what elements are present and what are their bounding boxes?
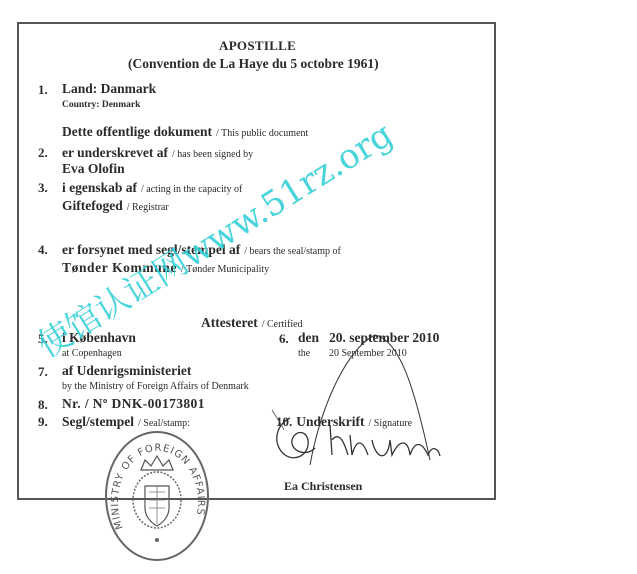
- item-3-english: / acting in the capacity of: [141, 184, 242, 195]
- item-5-number: 5.: [38, 331, 48, 347]
- seal-authority-english: / Tønder Municipality: [181, 264, 269, 275]
- item-9-number: 9.: [38, 414, 48, 430]
- item-1-danish: Land: Danmark: [62, 81, 156, 97]
- capacity-english: / Registrar: [127, 202, 169, 213]
- place-danish: i København: [62, 330, 136, 346]
- item-2-english: / has been signed by: [172, 149, 253, 160]
- handwritten-signature: [250, 330, 450, 475]
- apostille-number: Nr. / Nº DNK-00173801: [62, 396, 205, 412]
- public-document-line: Dette offentlige dokument / This public …: [62, 123, 308, 141]
- ministry-seal-stamp: MINISTRY OF FOREIGN AFFAIRS: [103, 428, 211, 564]
- item-4-danish: er forsynet med segl/stempel af: [62, 242, 240, 257]
- certified-danish: Attesteret: [201, 315, 258, 330]
- item-1-number: 1.: [38, 82, 48, 98]
- authority-danish: af Udenrigsministeriet: [62, 363, 191, 379]
- capacity-line: Giftefoged / Registrar: [62, 197, 169, 215]
- item-4-number: 4.: [38, 242, 48, 258]
- svg-text:MINISTRY OF FOREIGN AFFAIRS: MINISTRY OF FOREIGN AFFAIRS: [110, 443, 206, 531]
- seal-authority-line: Tønder Kommune / Tønder Municipality: [62, 259, 269, 277]
- signatory-name: Ea Christensen: [284, 479, 362, 494]
- item-2-danish: er underskrevet af: [62, 145, 168, 160]
- item-3-danish: i egenskab af: [62, 180, 137, 195]
- public-document-danish: Dette offentlige dokument: [62, 124, 212, 139]
- document-subtitle: (Convention de La Haye du 5 octobre 1961…: [128, 56, 379, 72]
- authority-english: by the Ministry of Foreign Affairs of De…: [62, 381, 249, 392]
- certified-english: / Certified: [262, 319, 303, 330]
- seal-label-danish: Segl/stempel: [62, 414, 134, 429]
- item-2-number: 2.: [38, 145, 48, 161]
- item-3-number: 3.: [38, 180, 48, 196]
- seal-authority-danish: Tønder Kommune: [62, 260, 177, 275]
- signed-by-name: Eva Olofin: [62, 161, 125, 177]
- document-title: APOSTILLE: [219, 38, 296, 54]
- place-english: at Copenhagen: [62, 348, 122, 359]
- seal-text: MINISTRY OF FOREIGN AFFAIRS: [110, 443, 206, 531]
- item-3-line: i egenskab af / acting in the capacity o…: [62, 179, 242, 197]
- item-1-english: Country: Denmark: [62, 100, 140, 110]
- capacity-danish: Giftefoged: [62, 198, 123, 213]
- item-2-line: er underskrevet af / has been signed by: [62, 144, 253, 162]
- public-document-english: / This public document: [216, 128, 308, 139]
- item-1-label: Land: Danmark: [62, 81, 156, 96]
- item-4-english: / bears the seal/stamp of: [244, 246, 341, 257]
- item-4-line: er forsynet med segl/stempel af / bears …: [62, 241, 341, 259]
- item-7-number: 7.: [38, 364, 48, 380]
- item-8-number: 8.: [38, 397, 48, 413]
